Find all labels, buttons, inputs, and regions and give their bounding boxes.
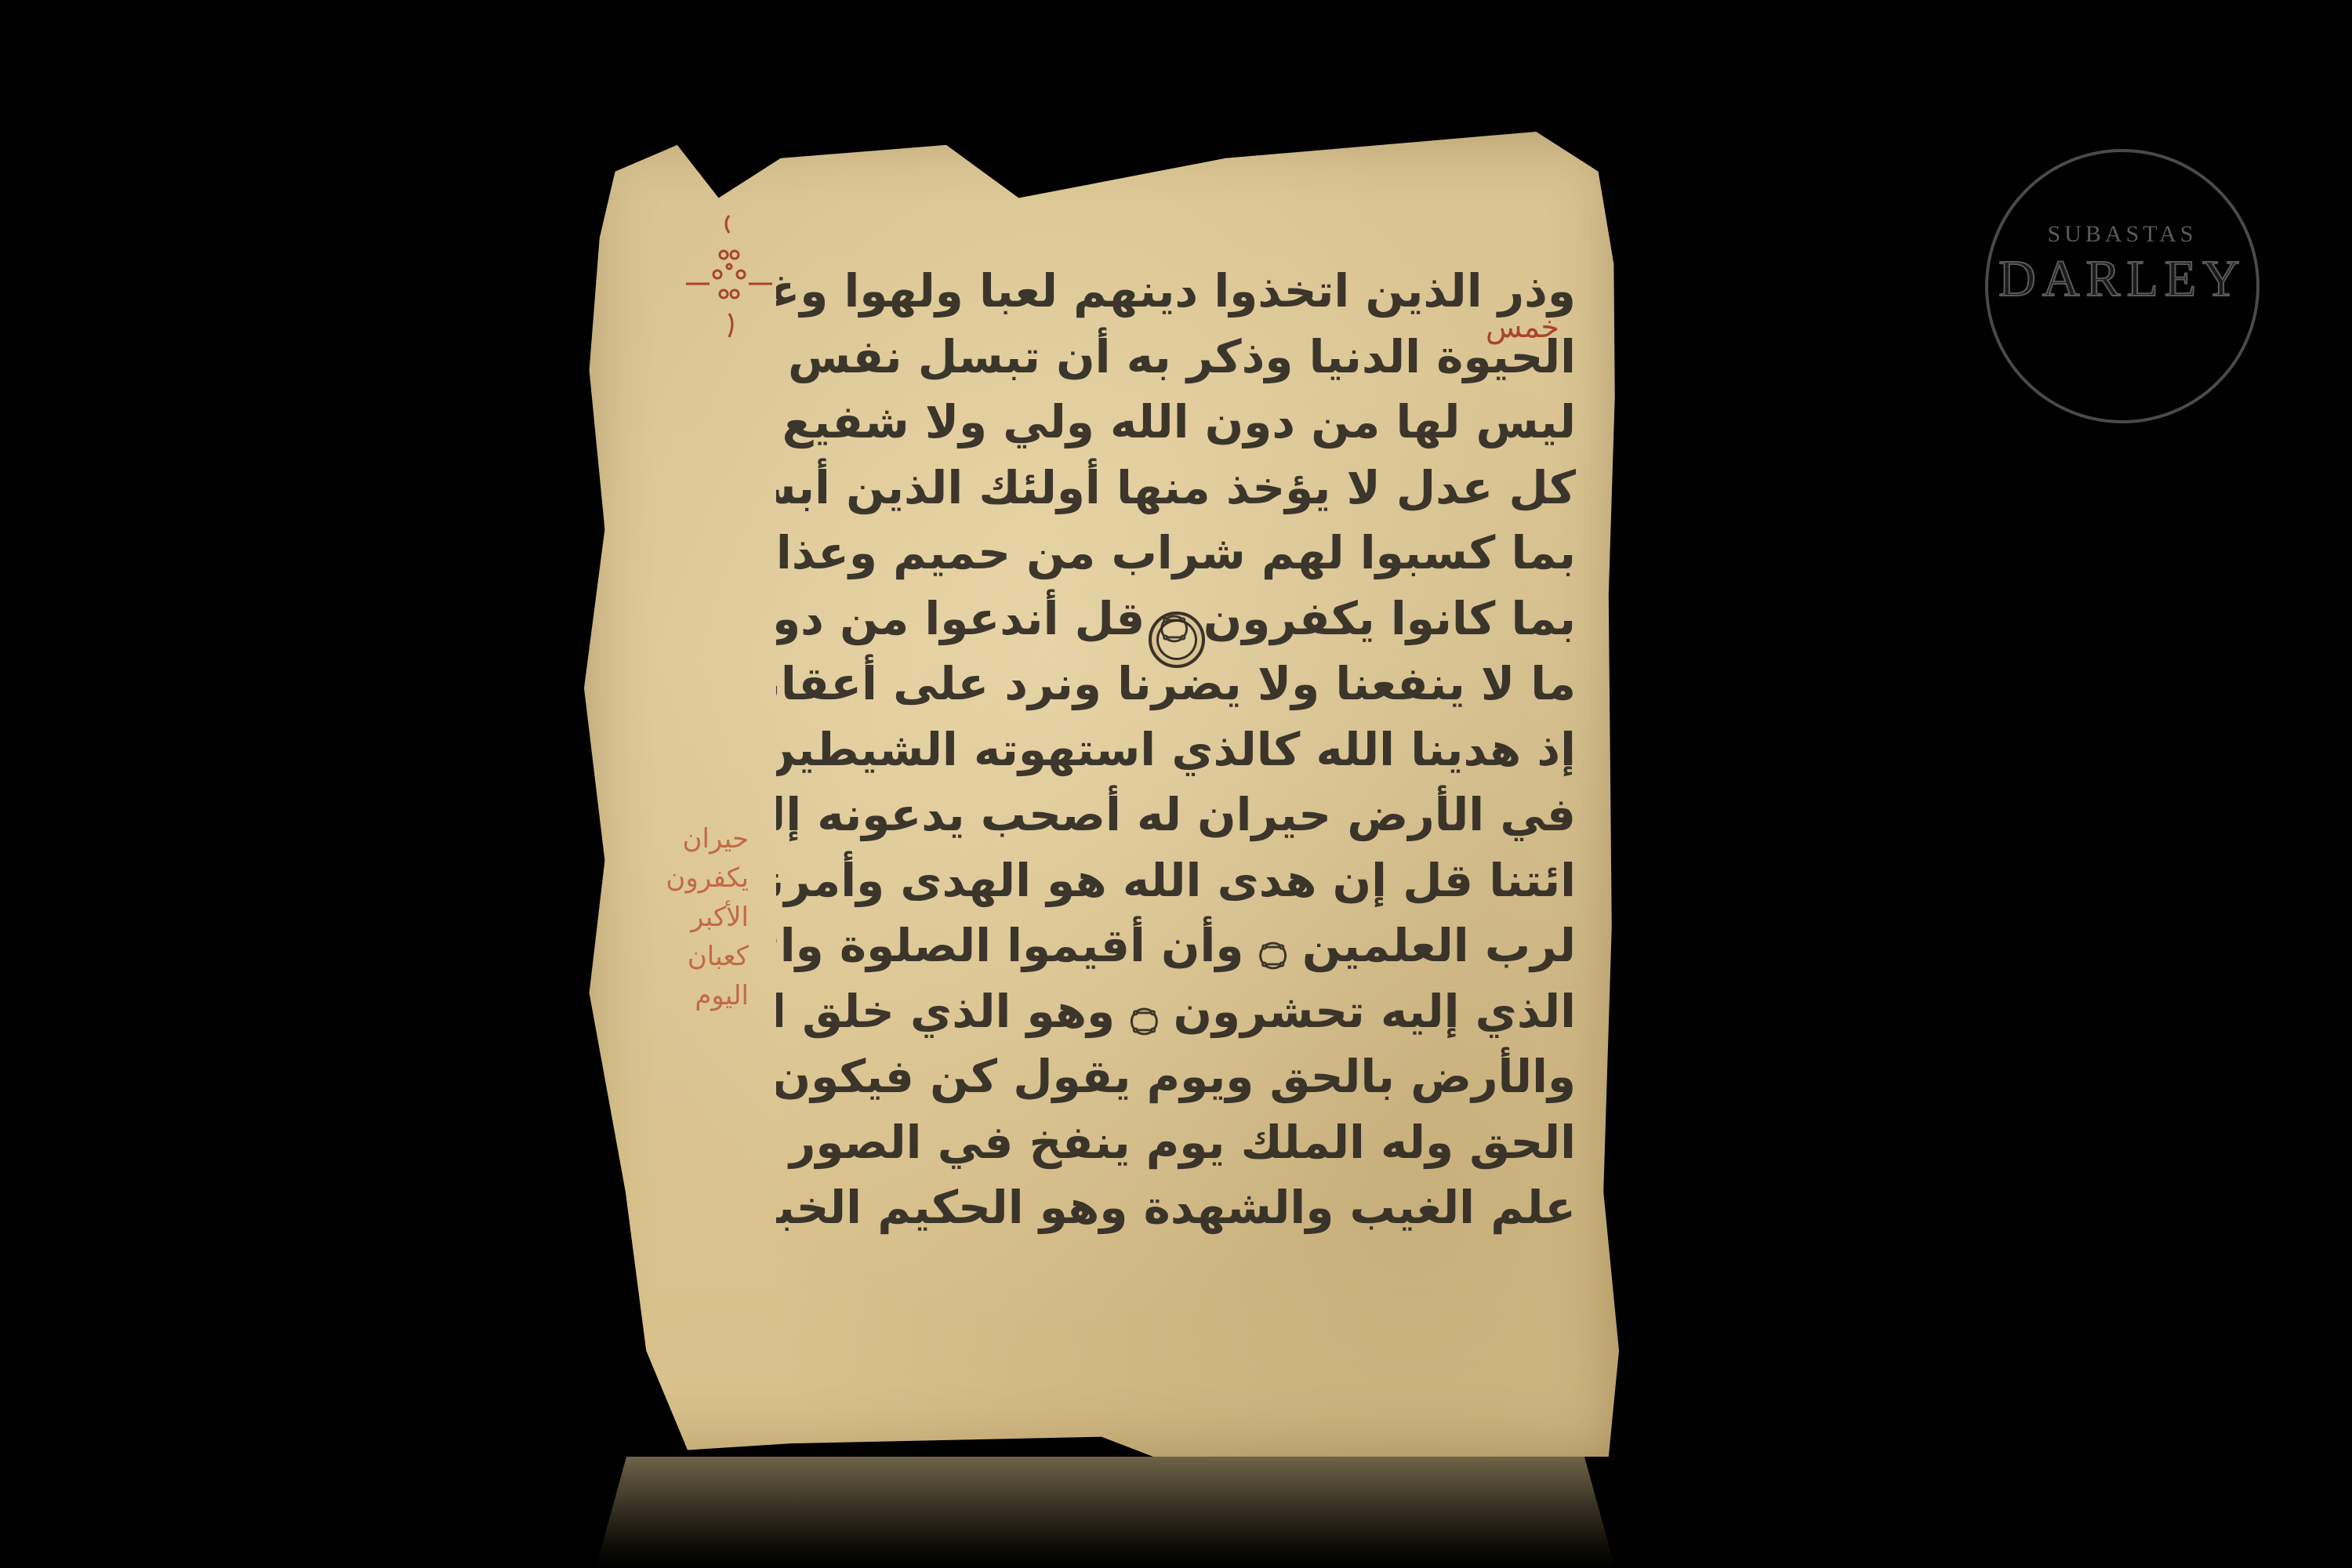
text-line: ليس لها من دون الله ولي ولا شفيع وإن تعد… — [776, 390, 1576, 456]
text-line: الذي إليه تحشرون ۝ وهو الذي خلق السموت — [776, 979, 1576, 1045]
text-line: وذر الذين اتخذوا دينهم لعبا ولهوا وغرتهم — [776, 259, 1576, 325]
marginal-ornament-icon — [686, 212, 772, 353]
text-line: والأرض بالحق ويوم يقول كن فيكون ۝ قوله — [776, 1044, 1576, 1110]
marginal-word: يكفرون — [608, 858, 749, 898]
text-line: لرب العلمين ۝ وأن أقيموا الصلوة واتقوه و… — [776, 913, 1576, 979]
text-line: الحيوة الدنيا وذكر به أن تبسل نفس بما كس… — [776, 325, 1576, 390]
marginal-note-left: حيران يكفرون الأكبر كعبان اليوم — [608, 819, 749, 1015]
text-line: بما كسبوا لهم شراب من حميم وعذاب أليم — [776, 521, 1576, 586]
text-line: ما لا ينفعنا ولا يضرنا ونرد على أعقابنا … — [776, 652, 1576, 717]
logo-subtitle: SUBASTAS — [1988, 221, 2256, 248]
text-line: إذ هدينا الله كالذي استهوته الشيطين — [776, 717, 1576, 783]
text-line: ائتنا قل إن هدى الله هو الهدى وأمرنا لنس… — [776, 848, 1576, 914]
text-line: علم الغيب والشهدة وهو الحكيم الخبير — [776, 1175, 1576, 1241]
text-line: بما كانوا يكفرون ۝ قل أندعوا من دون الله — [776, 586, 1576, 652]
text-line: في الأرض حيران له أصحب يدعونه إلى الهدى — [776, 782, 1576, 848]
leaf-reflection — [596, 1457, 1615, 1568]
marginal-word: اليوم — [608, 976, 749, 1015]
manuscript-text: وذر الذين اتخذوا دينهم لعبا ولهوا وغرتهم… — [776, 259, 1576, 1241]
text-line: الحق وله الملك يوم ينفخ في الصور — [776, 1110, 1576, 1176]
marginal-word: حيران — [608, 819, 749, 858]
auction-house-logo: SUBASTAS DARLEY — [1985, 149, 2259, 423]
text-line: كل عدل لا يؤخذ منها أولئك الذين أبسلوا — [776, 456, 1576, 521]
marginal-word: الأكبر — [608, 898, 749, 937]
logo-title: DARLEY — [1988, 249, 2256, 309]
marginal-word: كعبان — [608, 937, 749, 976]
